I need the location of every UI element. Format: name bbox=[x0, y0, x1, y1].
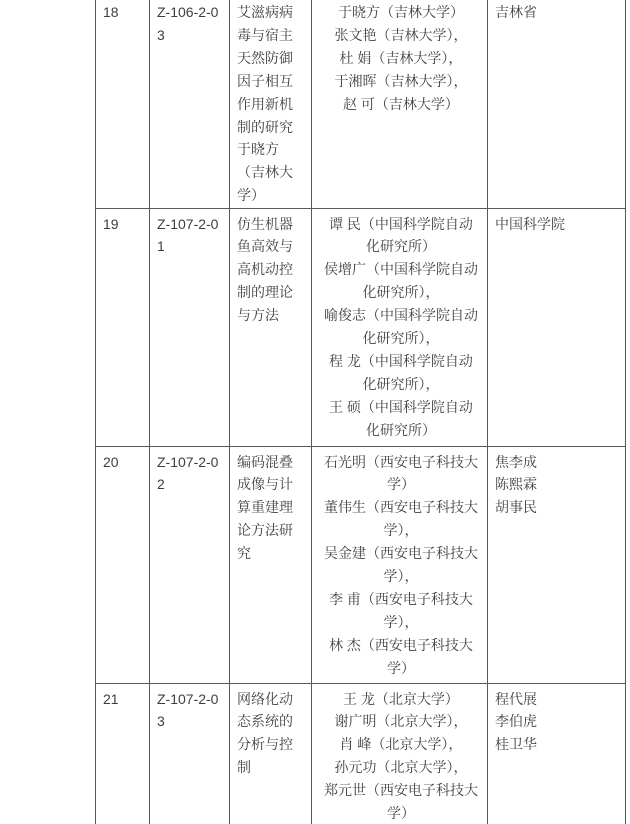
text-line: 李伯虎 bbox=[495, 710, 621, 733]
awards-table: 18 Z-106-2-03 艾滋病病毒与宿主天然防御因子相互作用新机制的研究于晓… bbox=[95, 0, 626, 824]
text-line: 于晓方 bbox=[237, 138, 307, 161]
text-line: 于晓方（吉林大学） bbox=[319, 1, 483, 24]
nominator-cell: 焦李成陈熙霖胡事民 bbox=[488, 446, 626, 683]
text-line: 胡事民 bbox=[495, 496, 621, 519]
text-line: 侯增广（中国科学院自动 bbox=[319, 258, 483, 281]
participants-cell: 石光明（西安电子科技大学）董伟生（西安电子科技大学），吴金建（西安电子科技大学）… bbox=[312, 446, 488, 683]
text-line: 作用新机 bbox=[237, 93, 307, 116]
text-line: 3 bbox=[157, 710, 225, 733]
text-line: 学）， bbox=[319, 611, 483, 634]
table-row-18: 18 Z-106-2-03 艾滋病病毒与宿主天然防御因子相互作用新机制的研究于晓… bbox=[96, 0, 626, 208]
text-line: 王 龙（北京大学） bbox=[319, 688, 483, 711]
table-row-21: 21 Z-107-2-03 网络化动态系统的分析与控制 王 龙（北京大学）谢广明… bbox=[96, 683, 626, 824]
text-line: 谢广明（北京大学）， bbox=[319, 710, 483, 733]
text-line: 艾滋病病 bbox=[237, 1, 307, 24]
text-line: 学） bbox=[319, 657, 483, 680]
document-page: 18 Z-106-2-03 艾滋病病毒与宿主天然防御因子相互作用新机制的研究于晓… bbox=[0, 0, 630, 824]
text-line: 制 bbox=[237, 756, 307, 779]
project-title-cell: 仿生机器鱼高效与高机动控制的理论与方法 bbox=[230, 208, 312, 446]
text-line: 中国科学院 bbox=[495, 213, 621, 236]
text-line: 化研究所）， bbox=[319, 373, 483, 396]
project-title-cell: 编码混叠成像与计算重建理论方法研究 bbox=[230, 446, 312, 683]
text-line: 因子相互 bbox=[237, 70, 307, 93]
text-line: 赵 可（吉林大学） bbox=[319, 93, 483, 116]
row-number-cell: 21 bbox=[96, 683, 150, 824]
nominator-cell: 吉林省 bbox=[488, 0, 626, 208]
text-line: 郑元世（西安电子科技大 bbox=[319, 779, 483, 802]
text-line: 制的理论 bbox=[237, 281, 307, 304]
text-line: 谭 民（中国科学院自动 bbox=[319, 213, 483, 236]
text-line: 化研究所） bbox=[319, 235, 483, 258]
table-row-20: 20 Z-107-2-02 编码混叠成像与计算重建理论方法研究 石光明（西安电子… bbox=[96, 446, 626, 683]
text-line: 化研究所）， bbox=[319, 281, 483, 304]
text-line: 石光明（西安电子科技大 bbox=[319, 451, 483, 474]
text-line: （吉林大 bbox=[237, 161, 307, 184]
project-code-cell: Z-107-2-02 bbox=[150, 446, 230, 683]
text-line: 焦李成 bbox=[495, 451, 621, 474]
text-line: 肖 峰（北京大学）， bbox=[319, 733, 483, 756]
text-line: 杜 娟（吉林大学）， bbox=[319, 47, 483, 70]
text-line: 董伟生（西安电子科技大 bbox=[319, 496, 483, 519]
text-line: 程 龙（中国科学院自动 bbox=[319, 350, 483, 373]
participants-cell: 王 龙（北京大学）谢广明（北京大学），肖 峰（北京大学），孙元功（北京大学），郑… bbox=[312, 683, 488, 824]
row-number-cell: 19 bbox=[96, 208, 150, 446]
text-line: 与方法 bbox=[237, 304, 307, 327]
text-line: 论方法研 bbox=[237, 519, 307, 542]
text-line: Z-107-2-0 bbox=[157, 688, 225, 711]
project-code-cell: Z-107-2-01 bbox=[150, 208, 230, 446]
text-line: 鱼高效与 bbox=[237, 235, 307, 258]
text-line: 学）， bbox=[319, 519, 483, 542]
nominator-cell: 程代展李伯虎桂卫华 bbox=[488, 683, 626, 824]
text-line: Z-107-2-0 bbox=[157, 213, 225, 236]
text-line: 化研究所）， bbox=[319, 327, 483, 350]
text-line: 王 硕（中国科学院自动 bbox=[319, 396, 483, 419]
text-line: 天然防御 bbox=[237, 47, 307, 70]
text-line: 化研究所） bbox=[319, 419, 483, 442]
text-line: 学） bbox=[237, 184, 307, 207]
text-line: 毒与宿主 bbox=[237, 24, 307, 47]
text-line: 3 bbox=[157, 24, 225, 47]
text-line: 编码混叠 bbox=[237, 451, 307, 474]
table-row-19: 19 Z-107-2-01 仿生机器鱼高效与高机动控制的理论与方法 谭 民（中国… bbox=[96, 208, 626, 446]
text-line: 陈熙霖 bbox=[495, 473, 621, 496]
text-line: 张文艳（吉林大学）， bbox=[319, 24, 483, 47]
text-line: 吉林省 bbox=[495, 1, 621, 24]
text-line: 分析与控 bbox=[237, 733, 307, 756]
text-line: 成像与计 bbox=[237, 473, 307, 496]
text-line: 态系统的 bbox=[237, 710, 307, 733]
text-line: 仿生机器 bbox=[237, 213, 307, 236]
project-code-cell: Z-107-2-03 bbox=[150, 683, 230, 824]
text-line: Z-107-2-0 bbox=[157, 451, 225, 474]
project-code-cell: Z-106-2-03 bbox=[150, 0, 230, 208]
text-line: 李 甫（西安电子科技大 bbox=[319, 588, 483, 611]
text-line: 林 杰（西安电子科技大 bbox=[319, 634, 483, 657]
text-line: 1 bbox=[157, 235, 225, 258]
text-line: 网络化动 bbox=[237, 688, 307, 711]
text-line: 程代展 bbox=[495, 688, 621, 711]
text-line: 算重建理 bbox=[237, 496, 307, 519]
participants-cell: 于晓方（吉林大学）张文艳（吉林大学），杜 娟（吉林大学），于湘晖（吉林大学），赵… bbox=[312, 0, 488, 208]
text-line: 孙元功（北京大学）， bbox=[319, 756, 483, 779]
text-line: 高机动控 bbox=[237, 258, 307, 281]
text-line: 学） bbox=[319, 802, 483, 824]
project-title-cell: 艾滋病病毒与宿主天然防御因子相互作用新机制的研究于晓方（吉林大学） bbox=[230, 0, 312, 208]
text-line: 学）， bbox=[319, 565, 483, 588]
row-number-cell: 20 bbox=[96, 446, 150, 683]
text-line: 究 bbox=[237, 542, 307, 565]
participants-cell: 谭 民（中国科学院自动化研究所）侯增广（中国科学院自动化研究所），喻俊志（中国科… bbox=[312, 208, 488, 446]
nominator-cell: 中国科学院 bbox=[488, 208, 626, 446]
text-line: 制的研究 bbox=[237, 116, 307, 139]
text-line: 2 bbox=[157, 473, 225, 496]
text-line: 吴金建（西安电子科技大 bbox=[319, 542, 483, 565]
text-line: 学） bbox=[319, 473, 483, 496]
text-line: 喻俊志（中国科学院自动 bbox=[319, 304, 483, 327]
text-line: 于湘晖（吉林大学）， bbox=[319, 70, 483, 93]
text-line: Z-106-2-0 bbox=[157, 1, 225, 24]
row-number-cell: 18 bbox=[96, 0, 150, 208]
text-line: 桂卫华 bbox=[495, 733, 621, 756]
project-title-cell: 网络化动态系统的分析与控制 bbox=[230, 683, 312, 824]
